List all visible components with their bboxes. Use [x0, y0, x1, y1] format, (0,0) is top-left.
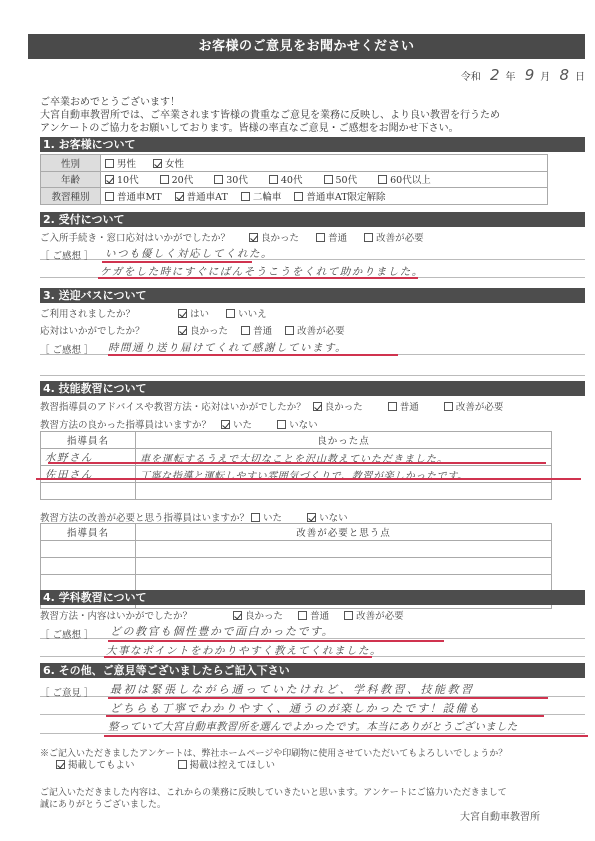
option-normal[interactable]: 普通 [241, 323, 272, 337]
option-label: 男性 [117, 159, 136, 170]
checkbox-icon[interactable] [241, 192, 250, 201]
option-label: 女性 [165, 159, 184, 170]
option-needs-improvement[interactable]: 改善が必要 [364, 230, 424, 244]
option-allow-publication[interactable]: 掲載してもよい [56, 760, 135, 772]
date-year[interactable]: 2 [490, 66, 500, 84]
date-month-label: 月 [540, 72, 550, 83]
option-decline-publication[interactable]: 掲載は控えてほしい [178, 760, 276, 772]
option-label: 20代 [172, 175, 194, 186]
option-label: はい [190, 309, 209, 320]
age-options: 10代 20代 30代 40代 50代 60代以上 [101, 171, 548, 188]
skill-instructor-question: 教習指導員のアドバイスや教習方法・応対はいかがでしたか？ 良かった 普通 改善が… [40, 399, 517, 413]
comment-text[interactable]: どちらも丁寧でわかりやすく、通うのが楽しかったです！設備も [110, 700, 481, 716]
option-label: いた [233, 420, 252, 431]
option-label: 改善が必要 [456, 402, 504, 413]
option-no[interactable]: いない [277, 417, 318, 431]
option-label: 普通 [310, 611, 329, 622]
checkbox-checked-icon[interactable] [233, 611, 242, 620]
intro-text: ご卒業おめでとうございます！ 大宮自動車教習所では、ご卒業されます皆様の貴重なご… [40, 96, 580, 135]
instructor-name-cell[interactable] [41, 558, 136, 575]
closing-line: 誠にありがとうございました。 [40, 799, 507, 811]
improvement-point-cell[interactable] [136, 541, 552, 558]
question-text: 教習方法の改善が必要と思う指導員はいますか？ [40, 510, 248, 524]
page-title: お客様のご意見をお聞かせください [28, 34, 585, 59]
comment-text[interactable]: いつも優しく対応してくれた。 [105, 246, 273, 261]
checkbox-icon[interactable] [226, 309, 235, 318]
checkbox-icon[interactable] [277, 420, 286, 429]
good-instructor-table: 指導員名 良かった点 水野さん 車を運転するうえで大切なことを沢山教えていただき… [40, 431, 552, 500]
option-label: 普通 [400, 402, 419, 413]
red-underline [104, 656, 372, 658]
checkbox-icon[interactable] [378, 175, 387, 184]
option-label: 良かった [261, 233, 299, 244]
improve-instructor-question: 教習方法の改善が必要と思う指導員はいますか？ いた いない [40, 510, 362, 524]
table-row [41, 575, 552, 592]
signature: 大宮自動車教習所 [460, 812, 540, 824]
option-male[interactable]: 男性 [105, 156, 136, 170]
option-label: 普通車MT [117, 192, 162, 203]
course-type-row: 教習種別 普通車MT 普通車AT 二輪車 普通車AT限定解除 [41, 188, 548, 205]
question-text: ご入所手続き・窓口応対はいかがでしたか？ [40, 233, 230, 244]
checkbox-icon[interactable] [105, 192, 114, 201]
option-label: 普通車AT限定解除 [306, 192, 385, 203]
checkbox-icon[interactable] [316, 233, 325, 242]
section-header-academic-training: 4. 学科教習について [40, 590, 585, 605]
red-underline [108, 640, 444, 642]
option-normal[interactable]: 普通 [388, 399, 419, 413]
option-30s[interactable]: 30代 [214, 172, 248, 186]
section-header-reception: 2. 受付について [40, 212, 585, 227]
option-yes[interactable]: はい [178, 306, 209, 320]
option-50s[interactable]: 50代 [324, 172, 358, 186]
question-text: 教習方法・内容はいかがでしたか？ [40, 608, 230, 622]
table-header-row: 指導員名 改善が必要と思う点 [41, 524, 552, 541]
checkbox-icon[interactable] [294, 192, 303, 201]
option-normal[interactable]: 普通 [298, 608, 329, 622]
section-header-shuttle-bus: 3. 送迎バスについて [40, 288, 585, 303]
instructor-name-cell[interactable] [41, 483, 136, 500]
red-underline [102, 261, 252, 263]
date-month[interactable]: 9 [525, 66, 535, 84]
question-text: 教習方法の良かった指導員はいますか？ [40, 417, 218, 431]
option-label: 改善が必要 [376, 233, 424, 244]
option-label: 改善が必要 [356, 611, 404, 622]
checkbox-icon[interactable] [269, 175, 278, 184]
option-label: 良かった [190, 326, 228, 337]
table-row [41, 483, 552, 500]
checkbox-icon[interactable] [444, 402, 453, 411]
option-label: 60代以上 [390, 175, 431, 186]
option-label: 30代 [226, 175, 248, 186]
comment-label: ［ ご感想 ］ [40, 342, 94, 356]
checkbox-icon[interactable] [251, 513, 260, 522]
option-no[interactable]: いない [307, 510, 348, 524]
section-header-other-comments: 6. その他、ご意見等ございましたらご記入下さい [40, 663, 585, 678]
date-year-label: 年 [506, 72, 516, 83]
consent-options: 掲載してもよい 掲載は控えてほしい [40, 760, 507, 772]
option-normal[interactable]: 普通 [316, 230, 347, 244]
reception-question: ご入所手続き・窓口応対はいかがでしたか？ 良かった 普通 改善が必要 [40, 230, 438, 244]
comment-text[interactable]: 最初は緊張しながら通っていたけれど、学科教習、技能教習 [110, 681, 475, 697]
bus-service-question: 応対はいかがでしたか？ 良かった 普通 改善が必要 [40, 323, 359, 337]
option-label: 良かった [325, 402, 363, 413]
course-type-label: 教習種別 [41, 188, 101, 205]
option-yes[interactable]: いた [221, 417, 252, 431]
bus-usage-question: ご利用されましたか？ はい いいえ [40, 306, 281, 320]
checkbox-icon[interactable] [105, 159, 114, 168]
checkbox-checked-icon[interactable] [221, 420, 230, 429]
option-needs-improvement[interactable]: 改善が必要 [285, 323, 345, 337]
checkbox-icon[interactable] [388, 402, 397, 411]
checkbox-icon[interactable] [214, 175, 223, 184]
option-60s-plus[interactable]: 60代以上 [378, 172, 431, 186]
table-header-row: 指導員名 良かった点 [41, 432, 552, 449]
gender-row: 性別 男性 女性 [41, 155, 548, 172]
good-instructor-question: 教習方法の良かった指導員はいますか？ いた いない [40, 417, 332, 431]
closing-message: ご記入いただきました内容は、これからの業務に反映していきたいと思います。アンケー… [40, 787, 507, 811]
option-good[interactable]: 良かった [313, 399, 363, 413]
red-underline [106, 715, 544, 717]
option-label: 50代 [336, 175, 358, 186]
checkbox-icon[interactable] [364, 233, 373, 242]
comment-text[interactable]: 時間通り送り届けてくれて感謝しています。 [108, 340, 347, 355]
option-at-limit-removal[interactable]: 普通車AT限定解除 [294, 189, 385, 203]
option-label: 普通 [253, 326, 272, 337]
table-row [41, 558, 552, 575]
checkbox-icon[interactable] [178, 760, 187, 769]
intro-line: アンケートのご協力をお願いしております。皆様の率直なご意見・ご感想をお聞かせ下さ… [40, 122, 580, 135]
checkbox-icon[interactable] [241, 326, 250, 335]
comment-label: ［ ご感想 ］ [40, 627, 94, 641]
option-label: 掲載は控えてほしい [190, 760, 276, 771]
red-underline [36, 478, 581, 480]
checkbox-icon[interactable] [344, 611, 353, 620]
gender-options: 男性 女性 [101, 155, 548, 172]
column-header-instructor: 指導員名 [41, 432, 136, 449]
option-20s[interactable]: 20代 [160, 172, 194, 186]
checkbox-checked-icon[interactable] [178, 309, 187, 318]
option-label: 改善が必要 [297, 326, 345, 337]
option-motorcycle[interactable]: 二輪車 [241, 189, 282, 203]
question-text: ご利用されましたか？ [40, 306, 175, 320]
customer-info-table: 性別 男性 女性 年齢 10代 20代 30代 40代 50代 60代以上 教習… [40, 154, 548, 205]
section-header-customer: 1. お客様について [40, 137, 585, 152]
date-day[interactable]: 8 [559, 66, 569, 84]
comment-text[interactable]: 整っていて大宮自動車教習所を選んでよかったです。本当にありがとうございました [108, 719, 518, 734]
date-day-label: 日 [575, 72, 585, 83]
question-text: 応対はいかがでしたか？ [40, 323, 175, 337]
option-label: 良かった [245, 611, 283, 622]
option-40s[interactable]: 40代 [269, 172, 303, 186]
option-female[interactable]: 女性 [153, 156, 184, 170]
option-good[interactable]: 良かった [178, 323, 228, 337]
option-label: いいえ [238, 309, 267, 320]
age-label: 年齢 [41, 171, 101, 188]
red-underline [48, 462, 546, 464]
option-label: 普通 [328, 233, 347, 244]
red-underline [104, 735, 588, 737]
red-underline [108, 354, 398, 356]
improvement-point-cell[interactable] [136, 558, 552, 575]
comment-label: ［ ご感想 ］ [40, 248, 94, 262]
checkbox-icon[interactable] [160, 175, 169, 184]
option-10s[interactable]: 10代 [105, 172, 139, 186]
option-good[interactable]: 良かった [249, 230, 299, 244]
question-text: 教習指導員のアドバイスや教習方法・応対はいかがでしたか？ [40, 402, 306, 413]
date: 令和 2年 9月 8日 [370, 66, 585, 84]
checkbox-icon[interactable] [285, 326, 294, 335]
closing-line: ご記入いただきました内容は、これからの業務に反映していきたいと思います。アンケー… [40, 787, 507, 799]
divider [40, 358, 585, 376]
academic-question: 教習方法・内容はいかがでしたか？ 良かった 普通 改善が必要 [40, 608, 418, 622]
section-header-skill-training: 4. 技能教習について [40, 381, 585, 396]
red-underline [108, 697, 548, 699]
improvement-point-cell[interactable] [136, 575, 552, 592]
checkbox-checked-icon[interactable] [105, 175, 114, 184]
checkbox-icon[interactable] [298, 611, 307, 620]
red-underline [98, 277, 418, 279]
column-header-improvement-points: 改善が必要と思う点 [136, 524, 552, 541]
age-row: 年齢 10代 20代 30代 40代 50代 60代以上 [41, 171, 548, 188]
checkbox-checked-icon[interactable] [178, 326, 187, 335]
consent-question: ※ご記入いただきましたアンケートは、弊社ホームページや印刷物に使用させていただい… [40, 748, 507, 760]
checkbox-checked-icon[interactable] [175, 192, 184, 201]
checkbox-checked-icon[interactable] [249, 233, 258, 242]
option-at[interactable]: 普通車AT [175, 189, 228, 203]
intro-line: ご卒業おめでとうございます！ [40, 96, 580, 109]
option-label: 40代 [281, 175, 303, 186]
gender-label: 性別 [41, 155, 101, 172]
option-needs-improvement[interactable]: 改善が必要 [444, 399, 504, 413]
option-label: 10代 [117, 175, 139, 186]
option-good[interactable]: 良かった [233, 608, 283, 622]
option-label: 普通車AT [187, 192, 228, 203]
option-label: 掲載してもよい [68, 760, 135, 771]
column-header-good-points: 良かった点 [136, 432, 552, 449]
option-no[interactable]: いいえ [226, 306, 267, 320]
option-yes[interactable]: いた [251, 510, 282, 524]
option-label: 二輪車 [253, 192, 282, 203]
date-era: 令和 [461, 72, 481, 83]
instructor-name-cell[interactable] [41, 541, 136, 558]
good-point-cell[interactable] [136, 483, 552, 500]
checkbox-checked-icon[interactable] [153, 159, 162, 168]
checkbox-checked-icon[interactable] [56, 760, 65, 769]
option-needs-improvement[interactable]: 改善が必要 [344, 608, 404, 622]
comment-text[interactable]: どの教官も個性豊かで面白かったです。 [110, 623, 334, 639]
option-mt[interactable]: 普通車MT [105, 189, 162, 203]
course-type-options: 普通車MT 普通車AT 二輪車 普通車AT限定解除 [101, 188, 548, 205]
instructor-name-cell[interactable] [41, 575, 136, 592]
publication-consent: ※ご記入いただきましたアンケートは、弊社ホームページや印刷物に使用させていただい… [40, 748, 507, 772]
comment-label: ［ ご意見 ］ [40, 685, 94, 699]
option-label: いない [289, 420, 318, 431]
checkbox-checked-icon[interactable] [313, 402, 322, 411]
table-row [41, 541, 552, 558]
intro-line: 大宮自動車教習所では、ご卒業されます皆様の貴重なご意見を業務に反映し、より良い教… [40, 109, 580, 122]
checkbox-checked-icon[interactable] [307, 513, 316, 522]
column-header-instructor: 指導員名 [41, 524, 136, 541]
checkbox-icon[interactable] [324, 175, 333, 184]
